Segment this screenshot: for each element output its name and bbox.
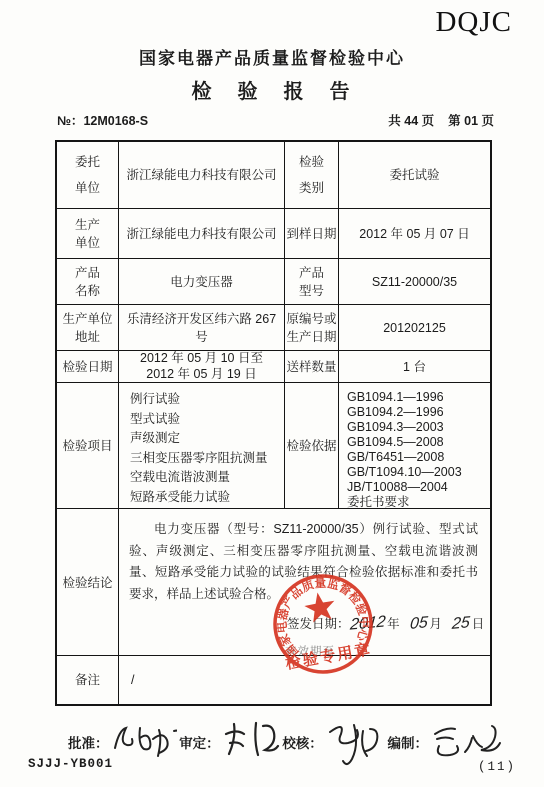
- inspection-item: 空载电流谐波测量: [130, 468, 230, 488]
- page-count: 共 44 页第 01 页: [374, 111, 494, 129]
- approve-group: 批准：: [68, 720, 177, 762]
- basis-item: GB1094.1—1996: [347, 390, 444, 405]
- table-row: 检验结论 电力变压器（型号：SZ11-20000/35）例行试验、型式试验、声级…: [57, 508, 490, 655]
- producer-unit-value: 浙江绿能电力科技有限公司: [118, 209, 284, 258]
- table-row: 生产 单位 浙江绿能电力科技有限公司 到样日期 2012 年 05 月 07 日: [57, 208, 490, 258]
- basis-item: GB/T1094.10—2003: [347, 465, 462, 480]
- inspection-date-value: 2012 年 05 月 10 日至 2012 年 05 月 19 日: [118, 351, 284, 382]
- inspection-date-label: 检验日期: [57, 351, 118, 382]
- check-signature: [325, 720, 385, 766]
- entrust-unit-label: 委托 单位: [57, 142, 118, 208]
- validity-text: 有效期至: [285, 643, 335, 661]
- inspection-report-page: DQJC 国家电器产品质量监督检验中心 检 验 报 告 №：12M0168-S …: [0, 0, 544, 787]
- remark-label: 备注: [57, 656, 118, 704]
- review-label: 审定：: [179, 732, 220, 752]
- compile-signature: [430, 720, 508, 764]
- report-table: 委托 单位 浙江绿能电力科技有限公司 检验 类别 委托试验 生产 单位 浙江绿能…: [55, 140, 492, 706]
- table-row: 委托 单位 浙江绿能电力科技有限公司 检验 类别 委托试验: [57, 142, 490, 208]
- sign-year-handwritten: 2012: [349, 613, 386, 634]
- inspection-item: 短路承受能力试验: [130, 488, 230, 508]
- entrust-unit-value: 浙江绿能电力科技有限公司: [118, 142, 284, 208]
- product-name-label: 产品 名称: [57, 259, 118, 304]
- compile-group: 编制：: [387, 720, 508, 764]
- basis-item: JB/T10088—2004: [347, 480, 448, 495]
- table-row: 生产单位 地址 乐清经济开发区纬六路 267 号 原编号或 生产日期 20120…: [57, 304, 490, 350]
- product-model-label: 产品 型号: [284, 259, 338, 304]
- basis-item: GB1094.5—2008: [347, 435, 444, 450]
- table-row: 备注 /: [57, 655, 490, 704]
- sign-date-line: 签发日期：2012年05月25日: [287, 615, 484, 633]
- table-row: 产品 名称 电力变压器 产品 型号 SZ11-20000/35: [57, 258, 490, 304]
- inspection-basis-list: GB1094.1—1996 GB1094.2—1996 GB1094.3—200…: [338, 383, 490, 508]
- inspection-items-list: 例行试验 型式试验 声级测定 三相变压器零序阻抗测量 空载电流谐波测量 短路承受…: [118, 383, 284, 508]
- original-number-label: 原编号或 生产日期: [284, 305, 338, 350]
- sign-day-handwritten: 25: [451, 614, 470, 634]
- sign-date-label: 签发日期：: [287, 617, 350, 631]
- check-group: 校核：: [282, 720, 385, 766]
- product-model-value: SZ11-20000/35: [338, 259, 490, 304]
- sign-month-handwritten: 05: [409, 614, 428, 634]
- product-name-value: 电力变压器: [118, 259, 284, 304]
- dqjc-logo: DQJC: [435, 6, 512, 39]
- inspection-category-label: 检验 类别: [284, 142, 338, 208]
- review-signature: [222, 720, 280, 762]
- table-row: 检验项目 例行试验 型式试验 声级测定 三相变压器零序阻抗测量 空载电流谐波测量…: [57, 382, 490, 508]
- producer-address-value: 乐清经济开发区纬六路 267 号: [118, 305, 284, 350]
- inspection-item: 声级测定: [130, 429, 180, 449]
- conclusion-text: 电力变压器（型号：SZ11-20000/35）例行试验、型式试验、声级测定、三相…: [119, 509, 490, 605]
- table-row: 检验日期 2012 年 05 月 10 日至 2012 年 05 月 19 日 …: [57, 350, 490, 382]
- inspection-item: 例行试验: [130, 390, 180, 410]
- inspection-basis-label: 检验依据: [284, 383, 338, 508]
- remark-value: /: [118, 656, 490, 704]
- review-group: 审定：: [179, 720, 280, 762]
- approval-row: 批准： 审定： 校核： 编制：: [68, 720, 508, 766]
- report-number: №：12M0168-S: [57, 111, 148, 129]
- basis-item: GB1094.3—2003: [347, 420, 444, 435]
- original-number-value: 201202125: [338, 305, 490, 350]
- inspection-items-label: 检验项目: [57, 383, 118, 508]
- inspection-category-value: 委托试验: [338, 142, 490, 208]
- approve-signature: [111, 720, 177, 762]
- report-number-line: №：12M0168-S 共 44 页第 01 页: [57, 111, 494, 129]
- sample-arrival-date-value: 2012 年 05 月 07 日: [338, 209, 490, 258]
- producer-address-label: 生产单位 地址: [57, 305, 118, 350]
- inspection-item: 三相变压器零序阻抗测量: [130, 449, 268, 469]
- conclusion-cell: 电力变压器（型号：SZ11-20000/35）例行试验、型式试验、声级测定、三相…: [118, 509, 490, 656]
- sample-quantity-value: 1 台: [338, 351, 490, 382]
- basis-item: GB/T6451—2008: [347, 450, 444, 465]
- sample-quantity-label: 送样数量: [284, 351, 338, 382]
- compile-label: 编制：: [387, 732, 428, 752]
- basis-item: 委托书要求: [347, 495, 410, 510]
- conclusion-label: 检验结论: [57, 509, 118, 656]
- basis-item: GB1094.2—1996: [347, 405, 444, 420]
- org-title: 国家电器产品质量监督检验中心: [0, 44, 544, 69]
- report-title: 检 验 报 告: [0, 75, 544, 104]
- sample-arrival-date-label: 到样日期: [284, 209, 338, 258]
- check-label: 校核：: [282, 732, 323, 752]
- approve-label: 批准：: [68, 732, 109, 752]
- inspection-item: 型式试验: [130, 410, 180, 430]
- form-code: SJJJ-YB001: [28, 757, 113, 771]
- producer-unit-label: 生产 单位: [57, 209, 118, 258]
- page-footer-number: (11): [478, 760, 516, 774]
